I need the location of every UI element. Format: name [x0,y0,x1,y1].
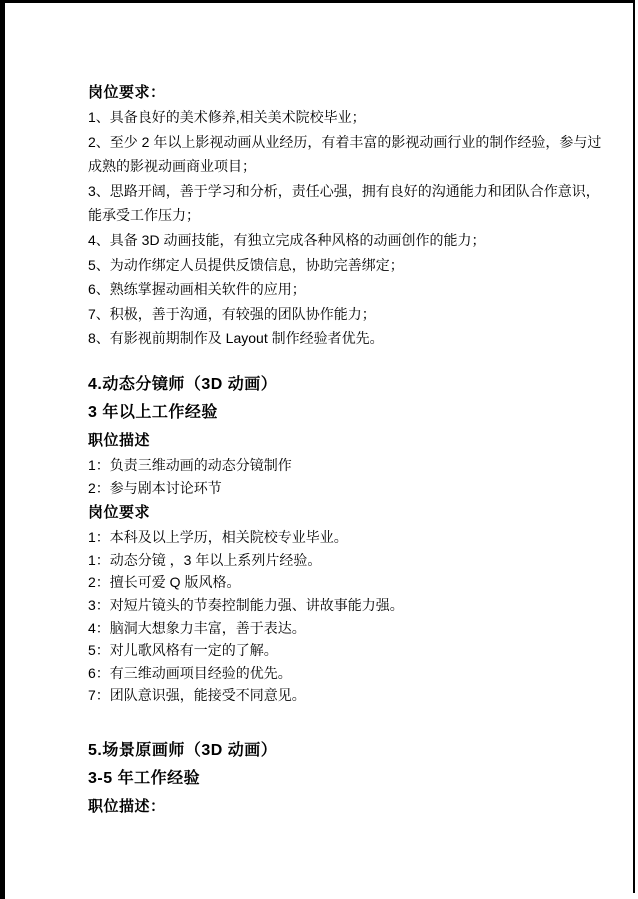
requirement-line: 7：团队意识强，能接受不同意见。 [88,684,578,707]
requirement-line: 1、具备良好的美术修养,相关美术院校毕业； [88,105,578,130]
requirement-line: 2：擅长可爱 Q 版风格。 [88,571,578,594]
description-heading: 职位描述： [88,793,578,820]
requirement-line: 1：动态分镜 ，3 年以上系列片经验。 [88,549,578,572]
description-heading: 职位描述 [88,427,578,454]
requirement-line: 3：对短片镜头的节奏控制能力强、讲故事能力强。 [88,594,578,617]
requirement-line: 5、为动作绑定人员提供反馈信息，协助完善绑定； [88,253,578,278]
requirement-line-wrap: 成熟的影视动画商业项目； [88,154,578,179]
requirement-line: 5：对儿歌风格有一定的了解。 [88,639,578,662]
requirement-line: 7、积极，善于沟通，有较强的团队协作能力； [88,302,578,327]
requirement-line-wrap: 能承受工作压力； [88,203,578,228]
requirement-line: 4：脑洞大想象力丰富，善于表达。 [88,617,578,640]
job-experience: 3-5 年工作经验 [88,765,578,793]
requirement-line: 1：本科及以上学历，相关院校专业毕业。 [88,526,578,549]
requirement-line: 8、有影视前期制作及 Layout 制作经验者优先。 [88,326,578,351]
description-line: 1：负责三维动画的动态分镜制作 [88,454,578,477]
job-title: 5.场景原画师（3D 动画） [88,737,578,765]
page-frame-right [633,0,635,893]
job-title: 4.动态分镜师（3D 动画） [88,371,578,399]
description-line: 2：参与剧本讨论环节 [88,477,578,500]
requirement-line: 6：有三维动画项目经验的优先。 [88,662,578,685]
requirements-heading: 岗位要求： [88,80,578,105]
requirement-line: 6、熟练掌握动画相关软件的应用； [88,277,578,302]
requirement-line: 2、至少 2 年以上影视动画从业经历，有着丰富的影视动画行业的制作经验，参与过 [88,130,578,155]
requirements-heading: 岗位要求 [88,499,578,526]
document-content: 岗位要求： 1、具备良好的美术修养,相关美术院校毕业； 2、至少 2 年以上影视… [88,80,578,820]
requirement-line: 4、具备 3D 动画技能，有独立完成各种风格的动画创作的能力； [88,228,578,253]
document-page: 岗位要求： 1、具备良好的美术修养,相关美术院校毕业； 2、至少 2 年以上影视… [0,0,638,899]
requirement-line: 3、思路开阔，善于学习和分析，责任心强，拥有良好的沟通能力和团队合作意识， [88,179,578,204]
job-experience: 3 年以上工作经验 [88,399,578,427]
page-frame-left [0,0,5,899]
page-frame-top [0,0,635,3]
